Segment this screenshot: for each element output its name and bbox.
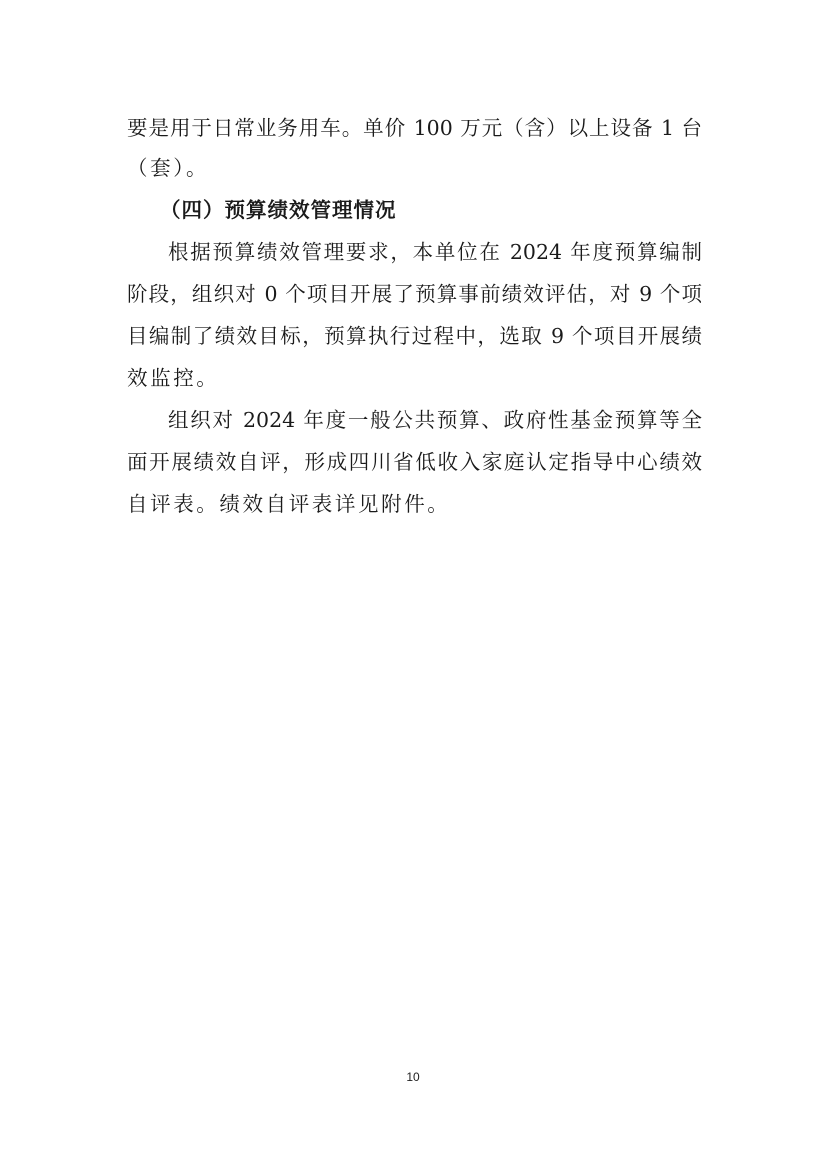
paragraph-line: 目编制了绩效目标，预算执行过程中，选取 9 个项目开展绩: [127, 316, 702, 356]
paragraph-line: 效监控。: [127, 358, 702, 398]
paragraph-line: （套）。: [127, 148, 702, 188]
page-number: 10: [0, 1070, 826, 1084]
paragraph-line: 阶段，组织对 0 个项目开展了预算事前绩效评估，对 9 个项: [127, 274, 702, 314]
section-heading: （四）预算绩效管理情况: [160, 190, 694, 230]
document-page: 要是用于日常业务用车。单价 100 万元（含）以上设备 1 台 （套）。 （四）…: [0, 0, 826, 1169]
paragraph-line: 根据预算绩效管理要求，本单位在 2024 年度预算编制: [168, 232, 702, 272]
paragraph-line: 自评表。绩效自评表详见附件。: [127, 484, 702, 524]
paragraph-line: 面开展绩效自评，形成四川省低收入家庭认定指导中心绩效: [127, 442, 702, 482]
paragraph-line: 组织对 2024 年度一般公共预算、政府性基金预算等全: [168, 400, 702, 440]
paragraph-line: 要是用于日常业务用车。单价 100 万元（含）以上设备 1 台: [127, 108, 702, 148]
